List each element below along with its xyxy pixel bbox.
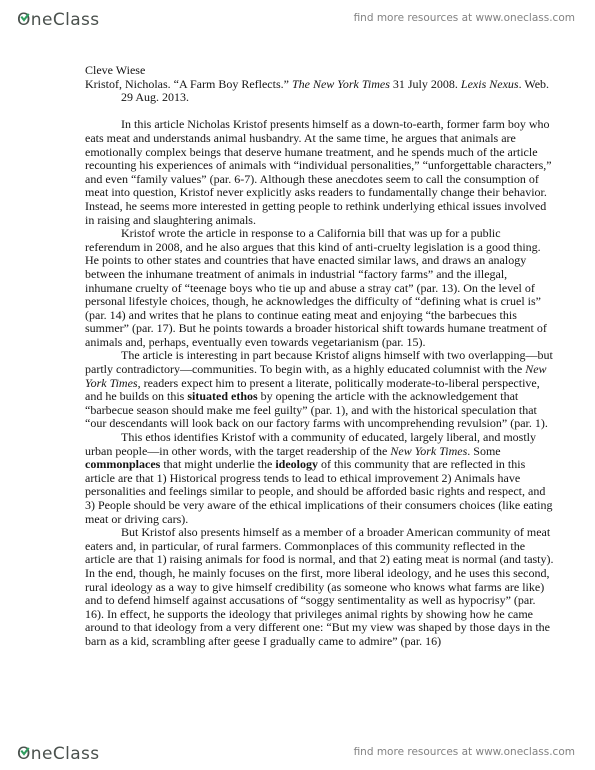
paragraph-3: The article is interesting in part becau… [85,349,557,431]
footer: OneClass find more resources at www.onec… [17,740,575,765]
document-page: OneClass find more resources at www.onec… [0,0,595,770]
paragraph-1: In this article Nicholas Kristof present… [85,118,557,227]
header-tagline: find more resources at www.oneclass.com [354,12,575,24]
sprout-leaf-icon [20,6,30,28]
paragraph-5: But Kristof also presents himself as a m… [85,526,557,648]
header: OneClass find more resources at www.onec… [17,6,575,31]
author-line: Cleve Wiese [85,64,557,78]
sprout-leaf-icon [20,740,30,762]
paragraph-2: Kristof wrote the article in response to… [85,227,557,349]
oneclass-logo-footer: OneClass [17,740,100,765]
oneclass-logo: OneClass [17,6,100,31]
citation-line: Kristof, Nicholas. “A Farm Boy Reflects.… [85,78,557,105]
footer-tagline: find more resources at www.oneclass.com [354,746,575,758]
paragraph-4: This ethos identifies Kristof with a com… [85,431,557,526]
essay-document: Cleve Wiese Kristof, Nicholas. “A Farm B… [85,64,557,649]
